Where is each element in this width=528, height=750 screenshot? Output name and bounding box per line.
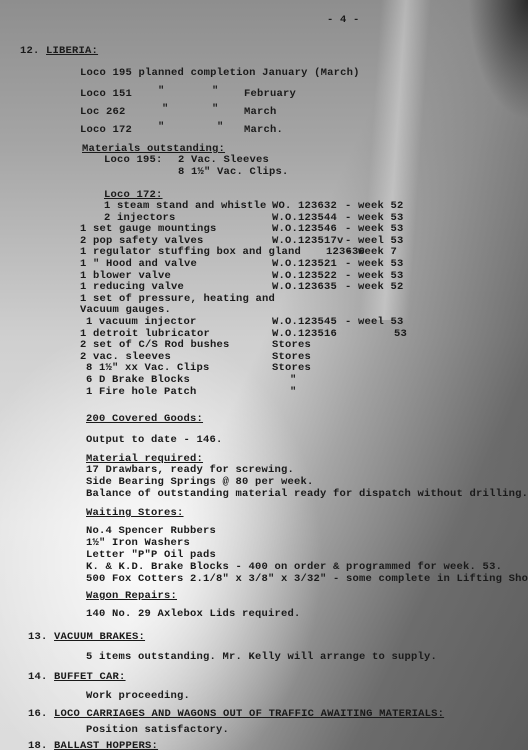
material-line: Side Bearing Springs @ 80 per week. bbox=[86, 476, 314, 488]
item-description: 8 1½" xx Vac. Clips bbox=[86, 362, 210, 374]
section-16-heading: 16. LOCO CARRIAGES AND WAGONS OUT OF TRA… bbox=[28, 708, 444, 720]
loco-label: Loco 195: bbox=[104, 154, 163, 166]
ditto-mark: " bbox=[217, 121, 224, 133]
section-18-heading: 18. BALLAST HOPPERS: bbox=[28, 740, 158, 750]
section-number: 14. bbox=[28, 671, 48, 683]
target-week: - week 53 bbox=[345, 258, 404, 270]
completion-month: January (March) bbox=[262, 67, 360, 79]
wagon-repairs-heading: Wagon Repairs: bbox=[86, 590, 177, 602]
waiting-line: 500 Fox Cotters 2.1/8" x 3/8" x 3/32" - … bbox=[86, 573, 528, 585]
completion-label: planned bbox=[139, 67, 185, 79]
section-title: VACUUM BRAKES: bbox=[54, 631, 145, 643]
section-title: LOCO CARRIAGES AND WAGONS OUT OF TRAFFIC… bbox=[54, 708, 444, 720]
covered-goods-heading: 200 Covered Goods: bbox=[86, 413, 203, 425]
item-description: 1 steam stand and whistle bbox=[104, 200, 267, 212]
target-week: - week 7 bbox=[345, 246, 397, 258]
outstanding-item: 2 Vac. Sleeves bbox=[178, 154, 269, 166]
item-description: 6 D Brake Blocks bbox=[86, 374, 190, 386]
completion-row: Loco 195 planned completion January (Mar… bbox=[80, 67, 360, 79]
loco-number: Loc 262 bbox=[80, 106, 126, 118]
ditto-mark: " bbox=[158, 85, 165, 97]
work-order-ref: Stores bbox=[272, 339, 311, 351]
section-body: 5 items outstanding. Mr. Kelly will arra… bbox=[86, 651, 437, 663]
work-order-ref: W.O.123546 bbox=[272, 223, 337, 235]
item-description: Vacuum gauges. bbox=[80, 304, 171, 316]
section-title: BUFFET CAR: bbox=[54, 671, 126, 683]
page-number: - 4 - bbox=[327, 14, 360, 26]
work-order-ref: WO. 123632 bbox=[272, 200, 337, 212]
work-order-ref: W.O.123635 bbox=[272, 281, 337, 293]
work-order-ref: W.O.123545 bbox=[272, 316, 337, 328]
loco-number: Loco 172 bbox=[80, 124, 132, 136]
completion-month: March. bbox=[244, 124, 283, 136]
section-number: 12. bbox=[20, 45, 40, 57]
completion-month: March bbox=[244, 106, 277, 118]
section-number: 16. bbox=[28, 708, 48, 720]
item-description: 1 " Hood and valve bbox=[80, 258, 197, 270]
item-description: 1 vacuum injector bbox=[86, 316, 197, 328]
material-line: Balance of outstanding material ready fo… bbox=[86, 488, 528, 500]
target-week: 53 bbox=[394, 328, 407, 340]
item-description: 1 set gauge mountings bbox=[80, 223, 217, 235]
work-order-ref: " bbox=[290, 374, 297, 386]
loco-number: Loco 195 bbox=[80, 67, 132, 79]
ditto-mark: " bbox=[162, 103, 169, 115]
waiting-line: K. & K.D. Brake Blocks - 400 on order & … bbox=[86, 561, 502, 573]
wagon-repairs-line: 140 No. 29 Axlebox Lids required. bbox=[86, 608, 301, 620]
waiting-stores-heading: Waiting Stores: bbox=[86, 507, 184, 519]
waiting-line: Letter "P"P Oil pads bbox=[86, 549, 216, 561]
item-description: 1 regulator stuffing box and gland bbox=[80, 246, 301, 258]
outstanding-item: 8 1½" Vac. Clips. bbox=[178, 166, 289, 178]
section-title: BALLAST HOPPERS: bbox=[54, 740, 158, 750]
output-to-date: Output to date - 146. bbox=[86, 434, 223, 446]
section-title: LIBERIA: bbox=[46, 45, 98, 57]
section-13-heading: 13. VACUUM BRAKES: bbox=[28, 631, 145, 643]
section-body: Position satisfactory. bbox=[86, 724, 229, 736]
target-week: - week 52 bbox=[345, 281, 404, 293]
ditto-mark: " bbox=[212, 103, 219, 115]
ditto-mark: " bbox=[212, 85, 219, 97]
ditto-mark: " bbox=[158, 121, 165, 133]
waiting-line: 1½" Iron Washers bbox=[86, 537, 190, 549]
section-14-heading: 14. BUFFET CAR: bbox=[28, 671, 126, 683]
section-number: 18. bbox=[28, 740, 48, 750]
item-description: 1 reducing valve bbox=[80, 281, 184, 293]
section-number: 13. bbox=[28, 631, 48, 643]
target-week: - weel 53 bbox=[345, 316, 404, 328]
target-week: - week 53 bbox=[345, 223, 404, 235]
completion-label: completion bbox=[191, 67, 256, 79]
item-description: 2 set of C/S Rod bushes bbox=[80, 339, 230, 351]
section-12-heading: 12. LIBERIA: bbox=[20, 45, 98, 57]
target-week: - week 52 bbox=[345, 200, 404, 212]
completion-row: Loco 151 bbox=[80, 88, 132, 100]
item-description: 1 Fire hole Patch bbox=[86, 386, 197, 398]
completion-month: February bbox=[244, 88, 296, 100]
work-order-ref: W.O.123521 bbox=[272, 258, 337, 270]
loco-number: Loco 151 bbox=[80, 88, 132, 100]
section-body: Work proceeding. bbox=[86, 690, 190, 702]
material-line: 17 Drawbars, ready for screwing. bbox=[86, 464, 294, 476]
work-order-ref: " bbox=[290, 386, 297, 398]
shadow-corner bbox=[468, 0, 528, 120]
work-order-ref: Stores bbox=[272, 362, 311, 374]
waiting-line: No.4 Spencer Rubbers bbox=[86, 525, 216, 537]
